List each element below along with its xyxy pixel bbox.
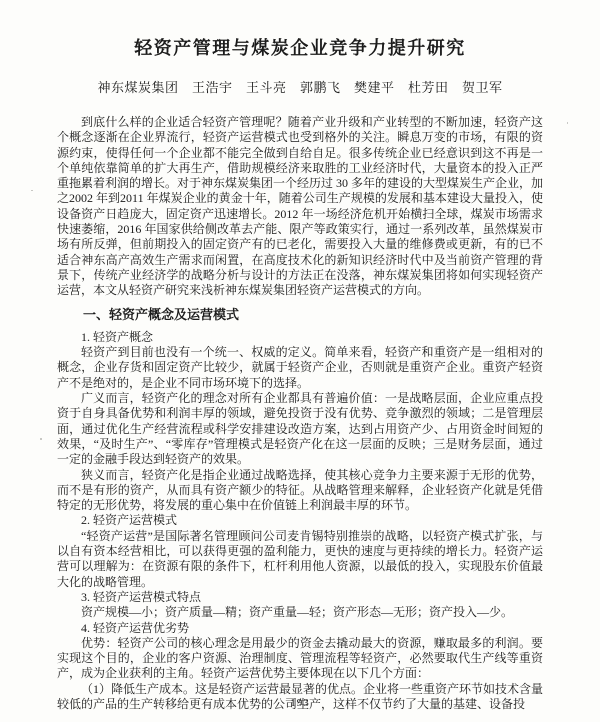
paragraph-advantages: 优势：轻资产公司的核心理念是用最少的资金去撬动最大的资源，赚取最多的利润。要实现… bbox=[57, 636, 543, 682]
subheading-model-features: 3. 轻资产运营模式特点 bbox=[57, 590, 543, 605]
scan-speck bbox=[567, 122, 568, 124]
paragraph-concept-broad: 广义而言，轻资产化的理念对所有企业都具有普遍价值：一是战略层面，企业应重点投资于… bbox=[57, 391, 543, 467]
subheading-concept: 1. 轻资产概念 bbox=[57, 330, 543, 345]
scan-speck bbox=[40, 438, 42, 440]
intro-paragraph: 到底什么样的企业适合轻资产管理呢？随着产业升级和产业转型的不断加速，轻资产这个概… bbox=[57, 115, 543, 299]
document-page: 轻资产管理与煤炭企业竞争力提升研究 神东煤炭集团 王浩宇 王斗亮 郭鹏飞 樊建平… bbox=[0, 0, 600, 722]
article-body: 到底什么样的企业适合轻资产管理呢？随着产业升级和产业转型的不断加速，轻资产这个概… bbox=[57, 115, 543, 712]
paragraph-concept-narrow: 狭义而言，轻资产化是指企业通过战略选择，使其核心竞争力主要来源于无形的优势，而不… bbox=[57, 468, 543, 514]
subheading-operation-model: 2. 轻资产运营模式 bbox=[57, 513, 543, 528]
section-heading-1: 一、轻资产概念及运营模式 bbox=[57, 307, 543, 322]
authors-line: 神东煤炭集团 王浩宇 王斗亮 郭鹏飞 樊建平 杜芳田 贺卫军 bbox=[57, 77, 543, 96]
paragraph-concept-1: 轻资产到目前也没有一个统一、权威的定义。简单来看，轻资产和重资产是一组相对的概念… bbox=[57, 345, 543, 391]
scan-speck bbox=[215, 287, 217, 289]
paragraph-operation-model: “轻资产运营”是国际著名管理顾问公司麦肯锡特别推崇的战略，以轻资产模式扩张，与以… bbox=[57, 529, 543, 590]
page-number: 193 bbox=[0, 697, 600, 709]
subheading-pros-cons: 4. 轻资产运营优劣势 bbox=[57, 621, 543, 636]
paragraph-model-features: 资产规模—小；资产质量—精；资产重量—轻；资产形态—无形；资产投入—少。 bbox=[57, 605, 543, 620]
scan-speck bbox=[31, 190, 33, 191]
paper-title: 轻资产管理与煤炭企业竞争力提升研究 bbox=[57, 36, 543, 60]
